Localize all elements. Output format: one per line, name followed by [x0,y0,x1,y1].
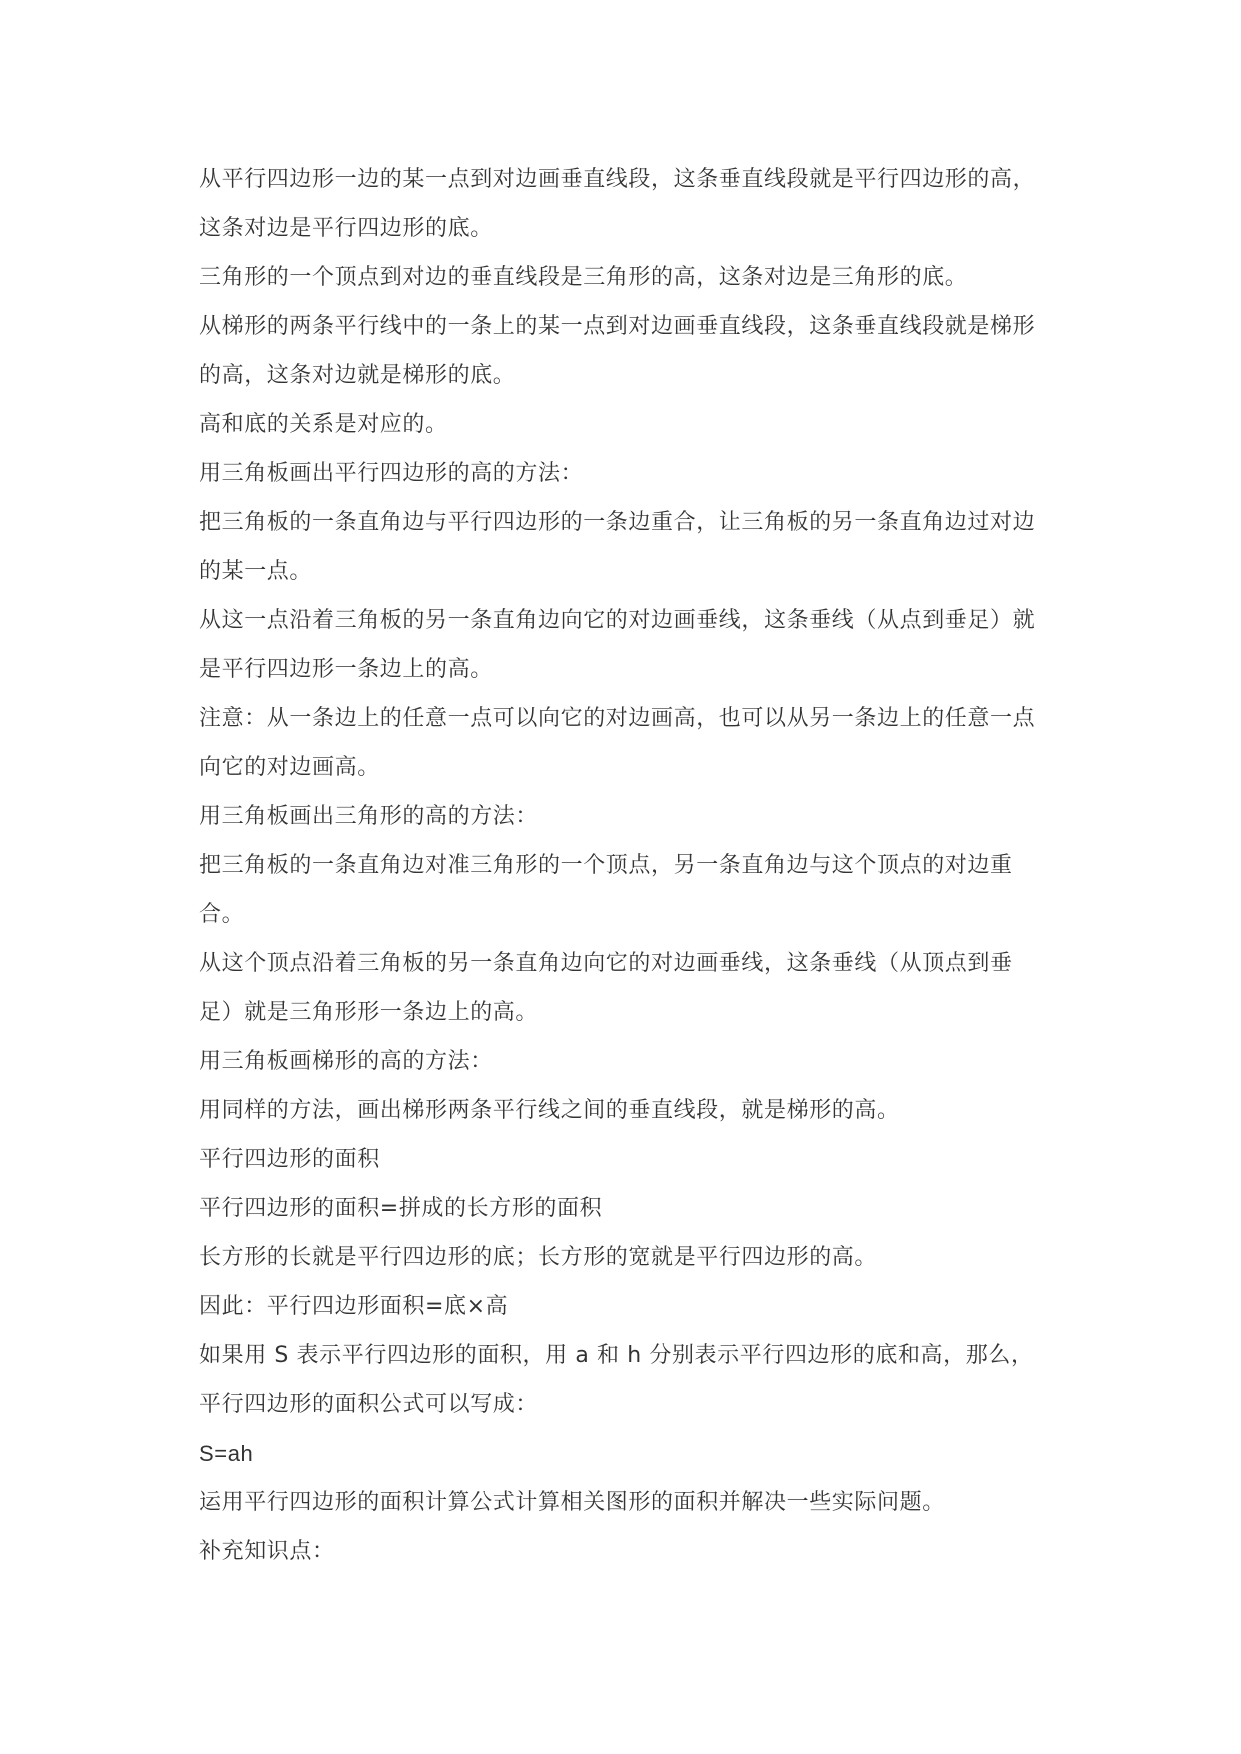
paragraph-parallelogram-height-definition: 从平行四边形一边的某一点到对边画垂直线段，这条垂直线段就是平行四边形的高，这条对… [199,155,1044,253]
formula-s-equals-ah: S=ah [199,1429,1044,1478]
paragraph-parallelogram-method-step2: 从这一点沿着三角板的另一条直角边向它的对边画垂线，这条垂线（从点到垂足）就是平行… [199,596,1044,694]
paragraph-triangle-method-step1: 把三角板的一条直角边对准三角形的一个顶点，另一条直角边与这个顶点的对边重合。 [199,841,1044,939]
heading-trapezoid-height-method: 用三角板画梯形的高的方法： [199,1037,1044,1086]
document-page: 从平行四边形一边的某一点到对边画垂直线段，这条垂直线段就是平行四边形的高，这条对… [199,155,1044,1576]
heading-parallelogram-height-method: 用三角板画出平行四边形的高的方法： [199,449,1044,498]
paragraph-trapezoid-method: 用同样的方法，画出梯形两条平行线之间的垂直线段，就是梯形的高。 [199,1086,1044,1135]
paragraph-area-formula-words: 因此：平行四边形面积=底×高 [199,1282,1044,1331]
paragraph-formula-symbols: 如果用 S 表示平行四边形的面积，用 a 和 h 分别表示平行四边形的底和高，那… [199,1331,1044,1429]
paragraph-area-equals-rectangle: 平行四边形的面积=拼成的长方形的面积 [199,1184,1044,1233]
paragraph-trapezoid-height-definition: 从梯形的两条平行线中的一条上的某一点到对边画垂直线段，这条垂直线段就是梯形的高，… [199,302,1044,400]
heading-triangle-height-method: 用三角板画出三角形的高的方法： [199,792,1044,841]
paragraph-application: 运用平行四边形的面积计算公式计算相关图形的面积并解决一些实际问题。 [199,1478,1044,1527]
heading-parallelogram-area: 平行四边形的面积 [199,1135,1044,1184]
paragraph-height-base-relation: 高和底的关系是对应的。 [199,400,1044,449]
paragraph-triangle-method-step2: 从这个顶点沿着三角板的另一条直角边向它的对边画垂线，这条垂线（从顶点到垂足）就是… [199,939,1044,1037]
paragraph-rectangle-dimensions: 长方形的长就是平行四边形的底；长方形的宽就是平行四边形的高。 [199,1233,1044,1282]
heading-supplementary: 补充知识点： [199,1527,1044,1576]
paragraph-triangle-height-definition: 三角形的一个顶点到对边的垂直线段是三角形的高，这条对边是三角形的底。 [199,253,1044,302]
paragraph-parallelogram-method-step1: 把三角板的一条直角边与平行四边形的一条边重合，让三角板的另一条直角边过对边的某一… [199,498,1044,596]
paragraph-note: 注意：从一条边上的任意一点可以向它的对边画高，也可以从另一条边上的任意一点向它的… [199,694,1044,792]
